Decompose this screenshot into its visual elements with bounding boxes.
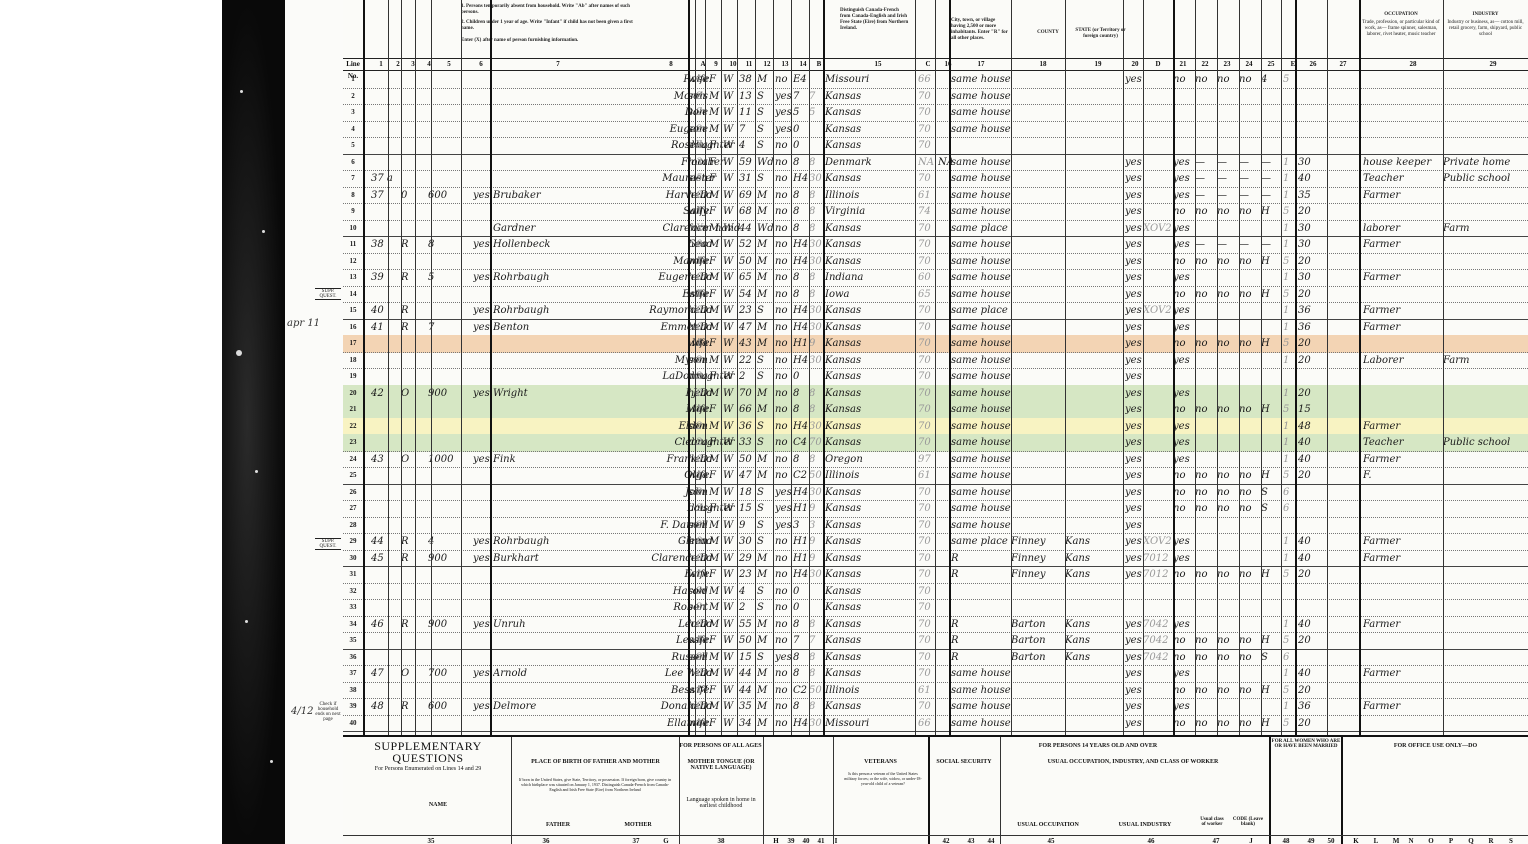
- cell-birthplace: Missouri: [825, 715, 915, 732]
- grid-line: [823, 0, 825, 735]
- cell-res-county: Barton: [1011, 649, 1066, 666]
- cell-race: W: [723, 71, 737, 88]
- cell-given: LaDonna: [568, 368, 708, 385]
- supp-subtitle: For Persons Enumerated on Lines 14 and 2…: [348, 766, 508, 772]
- cell-grade: 0: [793, 583, 809, 600]
- cell-code-e: 1: [1283, 236, 1295, 253]
- cell-birthplace: Kansas: [825, 253, 915, 270]
- cell-grade: 0: [793, 137, 809, 154]
- col29-desc: Industry or business, as— cotton mill, r…: [1443, 20, 1528, 38]
- supp-mother-tongue-desc: Language spoken in home in earliest chil…: [681, 797, 761, 809]
- cell-c25: —: [1261, 154, 1283, 171]
- cell-code-d: XOV2: [1143, 220, 1173, 237]
- cell-c21: yes: [1173, 665, 1195, 682]
- cell-line: 25: [343, 467, 363, 484]
- cell-surname: Rohrbaugh: [493, 533, 573, 550]
- supp-column-number: 45: [1043, 836, 1059, 844]
- cell-birthplace: Illinois: [825, 467, 915, 484]
- supp-column-numbers: 353637G38H394041I424344454647J484950KLMN…: [343, 835, 1528, 844]
- cell-code-e: 1: [1283, 533, 1295, 550]
- cell-race: W: [723, 88, 737, 105]
- cell-grade: E4: [793, 71, 809, 88]
- cell-value: 900: [428, 385, 456, 402]
- cell-grade: 8: [793, 616, 809, 633]
- cell-farm: yes: [473, 616, 491, 633]
- col17-header: City, town, or village having 2,500 or m…: [951, 18, 1009, 42]
- cell-visit: 45: [371, 550, 401, 567]
- supp-mother-tongue: MOTHER TONGUE (OR NATIVE LANGUAGE): [681, 759, 761, 771]
- cell-grade: H4: [793, 418, 809, 435]
- grid-line: [1281, 0, 1282, 735]
- margin-page-note: 4/12: [291, 706, 313, 717]
- cell-given: Dale: [568, 104, 708, 121]
- cell-visit: 44: [371, 533, 401, 550]
- cell-code-e: 1: [1283, 187, 1295, 204]
- cell-visit: 46: [371, 616, 401, 633]
- cell-farm-res: yes: [1125, 401, 1143, 418]
- cell-hours: 40: [1298, 665, 1328, 682]
- cell-given: Flora: [568, 154, 708, 171]
- cell-race: W: [723, 203, 737, 220]
- cell-grade: H4: [793, 715, 809, 732]
- cell-grade: H1: [793, 533, 809, 550]
- cell-race: W: [723, 566, 737, 583]
- cell-c21: no: [1173, 484, 1195, 501]
- cell-occupation: Farmer: [1363, 236, 1443, 253]
- cell-visit: 38: [371, 236, 401, 253]
- supp-column-number: N: [1403, 836, 1419, 844]
- supp-column-number: 40: [798, 836, 814, 844]
- cell-c21: yes: [1173, 302, 1195, 319]
- supp-column-number: O: [1423, 836, 1439, 844]
- cell-c24: —: [1239, 154, 1261, 171]
- grid-line: [1011, 0, 1012, 735]
- cell-race: W: [723, 500, 737, 517]
- cell-farm-res: yes: [1125, 187, 1143, 204]
- cell-c22: —: [1195, 187, 1217, 204]
- cell-hours: 36: [1298, 319, 1328, 336]
- cell-occupation: laborer: [1363, 220, 1443, 237]
- cell-farm-res: yes: [1125, 319, 1143, 336]
- cell-line: 39: [343, 698, 363, 715]
- cell-race: W: [723, 649, 737, 666]
- supp-column-number: H: [768, 836, 784, 844]
- cell-hours: 20: [1298, 566, 1328, 583]
- cell-c22: no: [1195, 467, 1217, 484]
- cell-c22: no: [1195, 484, 1217, 501]
- column-number: 26: [1303, 58, 1323, 70]
- cell-occupation: Teacher: [1363, 434, 1443, 451]
- cell-race: W: [723, 451, 737, 468]
- cell-c21: yes: [1173, 352, 1195, 369]
- cell-line: 29: [343, 533, 363, 550]
- supp-column-number: 41: [813, 836, 829, 844]
- cell-code-e: 6: [1283, 649, 1295, 666]
- cell-given: Lee W D: [568, 665, 708, 682]
- cell-birthplace: Kansas: [825, 401, 915, 418]
- cell-c23: no: [1217, 203, 1239, 220]
- cell-birthplace: Denmark: [825, 154, 915, 171]
- cell-hours: 20: [1298, 203, 1328, 220]
- cell-c23: —: [1217, 187, 1239, 204]
- supp-quest-marker-29: SUPP. QUEST.: [315, 538, 341, 550]
- supp-divider: [928, 737, 930, 844]
- cell-farm: yes: [473, 269, 491, 286]
- cell-c24: no: [1239, 500, 1261, 517]
- cell-line: 30: [343, 550, 363, 567]
- cell-farm-res: yes: [1125, 385, 1143, 402]
- column-number: 5: [439, 58, 459, 70]
- cell-farm: yes: [473, 698, 491, 715]
- cell-given: Cleora: [568, 434, 708, 451]
- supp-column-number: M: [1388, 836, 1404, 844]
- grid-line: [949, 0, 951, 735]
- cell-c23: no: [1217, 632, 1239, 649]
- grid-line: [915, 0, 916, 735]
- cell-c25: H: [1261, 253, 1283, 270]
- supplementary-questions: SUPPLEMENTARY QUESTIONS For Persons Enum…: [343, 735, 1528, 844]
- cell-birthplace: Kansas: [825, 599, 915, 616]
- cell-grade: H4: [793, 170, 809, 187]
- cell-birthplace: Indiana: [825, 269, 915, 286]
- cell-farm-res: yes: [1125, 434, 1143, 451]
- cell-line: 12: [343, 253, 363, 270]
- cell-line: 34: [343, 616, 363, 633]
- column-number: 25: [1261, 58, 1281, 70]
- grid-line: [935, 0, 936, 735]
- cell-occupation: Farmer: [1363, 302, 1443, 319]
- cell-race: W: [723, 352, 737, 369]
- cell-res-county: Finney: [1011, 533, 1066, 550]
- supp-column-number: 50: [1323, 836, 1339, 844]
- cell-farm: yes: [473, 236, 491, 253]
- cell-birthplace: Kansas: [825, 319, 915, 336]
- cell-c21: no: [1173, 467, 1195, 484]
- cell-c25: 4: [1261, 71, 1283, 88]
- cell-birthplace: Missouri: [825, 71, 915, 88]
- cell-industry: Farm: [1443, 352, 1528, 369]
- cell-visit: 47: [371, 665, 401, 682]
- cell-given: John: [568, 484, 708, 501]
- cell-birthplace: Kansas: [825, 550, 915, 567]
- supp-column-number: 46: [1143, 836, 1159, 844]
- cell-given: Russell: [568, 649, 708, 666]
- cell-c22: no: [1195, 715, 1217, 732]
- supp-column-number: P: [1443, 836, 1459, 844]
- cell-farm: yes: [473, 451, 491, 468]
- cell-given: Robert: [568, 599, 708, 616]
- cell-dwelling: 0: [401, 187, 413, 204]
- cell-farm-res: yes: [1125, 71, 1143, 88]
- cell-value: 900: [428, 550, 456, 567]
- cell-given: Rose: [568, 71, 708, 88]
- supp-column-number: 47: [1208, 836, 1224, 844]
- cell-c22: no: [1195, 286, 1217, 303]
- cell-farm: yes: [473, 533, 491, 550]
- col28-desc: Trade, profession, or particular kind of…: [1359, 20, 1443, 38]
- cell-c23: no: [1217, 715, 1239, 732]
- supp-women-married: FOR ALL WOMEN WHO ARE OR HAVE BEEN MARRI…: [1271, 739, 1341, 749]
- cell-value: 7: [428, 319, 456, 336]
- col7-instruction-2: 2. Children under 1 year of age. Write "…: [461, 20, 641, 32]
- cell-hours: 40: [1298, 434, 1328, 451]
- supp-column-number: 37: [628, 836, 644, 844]
- cell-birthplace: Kansas: [825, 434, 915, 451]
- cell-code-e: 1: [1283, 170, 1295, 187]
- cell-c24: —: [1239, 170, 1261, 187]
- column-number: Line No.: [343, 58, 363, 70]
- cell-code-e: 1: [1283, 550, 1295, 567]
- cell-surname: Fink: [493, 451, 573, 468]
- cell-birthplace: Kansas: [825, 698, 915, 715]
- cell-occupation: Teacher: [1363, 170, 1443, 187]
- cell-race: W: [723, 368, 737, 385]
- grid-line: [755, 0, 756, 735]
- cell-line: 6: [343, 154, 363, 171]
- grid-line: [1239, 0, 1240, 735]
- cell-code-e: 6: [1283, 484, 1295, 501]
- cell-c24: no: [1239, 286, 1261, 303]
- cell-line: 8: [343, 187, 363, 204]
- cell-code-e: 1: [1283, 616, 1295, 633]
- cell-line: 10: [343, 220, 363, 237]
- cell-c25: H: [1261, 401, 1283, 418]
- column-number: 18: [1033, 58, 1053, 70]
- cell-surname: Brubaker: [493, 187, 573, 204]
- cell-code-e: 1: [1283, 269, 1295, 286]
- cell-surname: Gardner: [493, 220, 573, 237]
- cell-value: 900: [428, 616, 456, 633]
- cell-res-state: Kans: [1065, 566, 1120, 583]
- cell-code-e: 1: [1283, 319, 1295, 336]
- cell-line: 31: [343, 566, 363, 583]
- cell-dwelling: R: [401, 269, 413, 286]
- cell-visit: 42: [371, 385, 401, 402]
- film-speck: [236, 350, 242, 356]
- cell-farm-res: yes: [1125, 269, 1143, 286]
- cell-birthplace: Kansas: [825, 335, 915, 352]
- cell-line: 17: [343, 335, 363, 352]
- grid-line: [809, 0, 810, 735]
- cell-dwelling: R: [401, 616, 413, 633]
- cell-c23: —: [1217, 236, 1239, 253]
- cell-grade: H4: [793, 302, 809, 319]
- cell-birthplace: Oregon: [825, 451, 915, 468]
- supp-column-number: 35: [423, 836, 439, 844]
- cell-farm-res: yes: [1125, 154, 1143, 171]
- cell-birthplace: Kansas: [825, 500, 915, 517]
- cell-hours: 20: [1298, 286, 1328, 303]
- cell-c25: H: [1261, 203, 1283, 220]
- cell-c21: yes: [1173, 550, 1195, 567]
- census-sheet: 1. Persons temporarily absent from house…: [343, 0, 1528, 844]
- cell-given: Fern: [568, 566, 708, 583]
- grid-line: [1173, 0, 1175, 735]
- column-number: 27: [1333, 58, 1353, 70]
- cell-given: Rosella: [568, 137, 708, 154]
- cell-race: W: [723, 715, 737, 732]
- cell-race: W: [723, 517, 737, 534]
- grid-line: [721, 0, 722, 735]
- grid-line: [1123, 0, 1124, 735]
- cell-c24: no: [1239, 467, 1261, 484]
- cell-res-state: Kans: [1065, 550, 1120, 567]
- cell-occupation: Farmer: [1363, 533, 1443, 550]
- col19-header: STATE (or Territory or foreign country): [1073, 28, 1128, 40]
- cell-code-e: 5: [1283, 203, 1295, 220]
- cell-dwelling: R: [401, 319, 413, 336]
- column-number: E: [1283, 58, 1303, 70]
- cell-given: F. Darrell: [568, 517, 708, 534]
- grid-line: [1327, 0, 1328, 735]
- supp-persons-14: FOR PERSONS 14 YEARS OLD AND OVER: [933, 743, 1263, 749]
- cell-given: Ellamae: [568, 715, 708, 732]
- cell-birthplace: Kansas: [825, 385, 915, 402]
- cell-race: W: [723, 385, 737, 402]
- cell-hours: 40: [1298, 616, 1328, 633]
- grid-line: [401, 0, 402, 735]
- cell-occupation: Farmer: [1363, 616, 1443, 633]
- cell-race: W: [723, 616, 737, 633]
- cell-grade: 8: [793, 220, 809, 237]
- cell-given: Sally: [568, 203, 708, 220]
- cell-line: 5: [343, 137, 363, 154]
- supp-quest-marker-14: SUPP. QUEST.: [315, 288, 341, 300]
- cell-c24: no: [1239, 566, 1261, 583]
- cell-code-e: 1: [1283, 698, 1295, 715]
- cell-c22: no: [1195, 682, 1217, 699]
- cell-value: 5: [428, 269, 456, 286]
- cell-grade: 0: [793, 599, 809, 616]
- cell-grade: 8: [793, 451, 809, 468]
- cell-res-state: Kans: [1065, 533, 1120, 550]
- col15-instruction: Distinguish Canada-French from Canada-En…: [840, 8, 910, 32]
- cell-line: 22: [343, 418, 363, 435]
- cell-given: Mae: [568, 401, 708, 418]
- cell-grade: H1: [793, 500, 809, 517]
- cell-grade: 8: [793, 649, 809, 666]
- grid-line: [1065, 0, 1066, 735]
- cell-line: 14: [343, 286, 363, 303]
- supp-code-j: CODE (Leave blank): [1228, 817, 1268, 827]
- cell-grade: 7: [793, 88, 809, 105]
- cell-visit: 40: [371, 302, 401, 319]
- grid-line: [1143, 0, 1144, 735]
- cell-value: 600: [428, 698, 456, 715]
- cell-c21: yes: [1173, 533, 1195, 550]
- cell-farm-res: yes: [1125, 484, 1143, 501]
- grid-line: [1443, 0, 1444, 735]
- cell-c23: no: [1217, 682, 1239, 699]
- cell-given: Eldon: [568, 418, 708, 435]
- cell-c24: no: [1239, 335, 1261, 352]
- supp-mother: MOTHER: [603, 822, 673, 828]
- cell-c21: no: [1173, 566, 1195, 583]
- cell-surname: Hollenbeck: [493, 236, 573, 253]
- cell-c23: no: [1217, 71, 1239, 88]
- cell-farm-res: yes: [1125, 665, 1143, 682]
- cell-grade: 8: [793, 698, 809, 715]
- supp-column-number: 36: [538, 836, 554, 844]
- supp-title-2: QUESTIONS: [353, 751, 503, 766]
- cell-c21: yes: [1173, 236, 1195, 253]
- grid-line: [705, 0, 706, 735]
- cell-given: Raymond D: [568, 302, 708, 319]
- cell-c21: yes: [1173, 698, 1195, 715]
- cell-c21: yes: [1173, 319, 1195, 336]
- cell-c22: no: [1195, 401, 1217, 418]
- cell-line: 11: [343, 236, 363, 253]
- cell-c25: H: [1261, 286, 1283, 303]
- cell-c25: —: [1261, 236, 1283, 253]
- cell-visit: 37: [371, 187, 401, 204]
- cell-given: Leo D: [568, 616, 708, 633]
- column-number: 6: [471, 58, 491, 70]
- supp-name-header: NAME: [363, 802, 513, 808]
- cell-c21: yes: [1173, 418, 1195, 435]
- cell-occupation: Farmer: [1363, 418, 1443, 435]
- cell-grade: 8: [793, 269, 809, 286]
- cell-c21: no: [1173, 715, 1195, 732]
- cell-birthplace: Kansas: [825, 632, 915, 649]
- cell-farm-res: yes: [1125, 517, 1143, 534]
- cell-birthplace: Illinois: [825, 187, 915, 204]
- column-number: 29: [1483, 58, 1503, 70]
- cell-c22: no: [1195, 566, 1217, 583]
- cell-c21: no: [1173, 203, 1195, 220]
- cell-occupation: Farmer: [1363, 319, 1443, 336]
- cell-farm-res: yes: [1125, 236, 1143, 253]
- cell-line: 26: [343, 484, 363, 501]
- supp-veterans-desc: Is this person a veteran of the United S…: [843, 771, 923, 786]
- cell-race: W: [723, 484, 737, 501]
- column-number: 12: [757, 58, 777, 70]
- cell-race: W: [723, 170, 737, 187]
- supp-column-number: G: [658, 836, 674, 844]
- cell-hours: 30: [1298, 220, 1328, 237]
- cell-industry: Public school: [1443, 170, 1528, 187]
- cell-grade: 8: [793, 665, 809, 682]
- supp-column-number: R: [1483, 836, 1499, 844]
- cell-race: W: [723, 286, 737, 303]
- cell-farm-res: yes: [1125, 418, 1143, 435]
- cell-birthplace: Virginia: [825, 203, 915, 220]
- cell-c24: no: [1239, 682, 1261, 699]
- cell-res-state: Kans: [1065, 649, 1120, 666]
- margin-date-note: apr 11: [287, 318, 320, 329]
- cell-c25: S: [1261, 484, 1283, 501]
- cell-birthplace: Kansas: [825, 566, 915, 583]
- cell-surname: Delmore: [493, 698, 573, 715]
- cell-c22: no: [1195, 335, 1217, 352]
- supp-column-number: 39: [783, 836, 799, 844]
- film-speck: [255, 470, 258, 473]
- cell-c21: no: [1173, 71, 1195, 88]
- cell-dwelling: R: [401, 302, 413, 319]
- cell-code-e: 1: [1283, 418, 1295, 435]
- grid-line: [737, 0, 738, 735]
- cell-surname: Rohrbaugh: [493, 302, 573, 319]
- cell-birthplace: Kansas: [825, 121, 915, 138]
- cell-c23: no: [1217, 500, 1239, 517]
- cell-hours: 40: [1298, 451, 1328, 468]
- film-speck: [262, 230, 265, 233]
- cell-hours: 40: [1298, 170, 1328, 187]
- cell-surname: Wright: [493, 385, 573, 402]
- grid-line: [773, 0, 774, 735]
- cell-code-e: 1: [1283, 302, 1295, 319]
- grid-line: [490, 0, 492, 735]
